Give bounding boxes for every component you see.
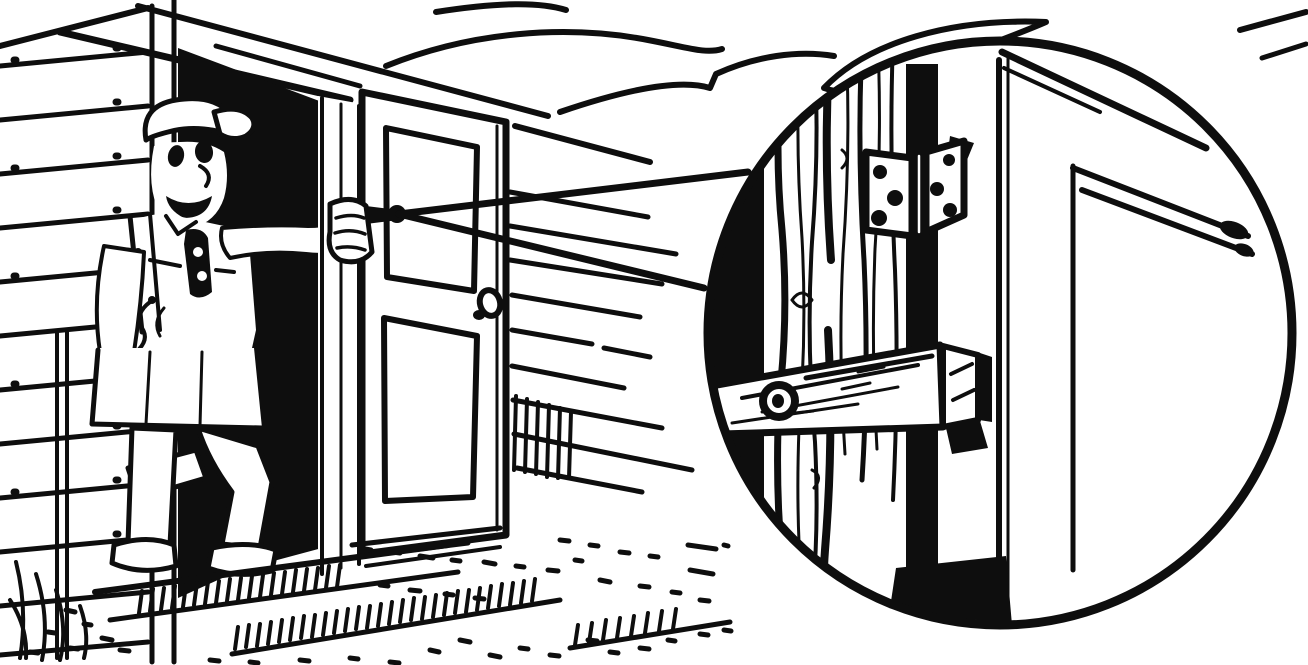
door-latch-illustration — [0, 0, 1308, 665]
knob-shadow — [473, 310, 485, 320]
door — [362, 92, 506, 566]
right-wall — [510, 192, 692, 492]
apron-skirt — [92, 348, 262, 428]
eaves-stroke — [1240, 12, 1306, 30]
screw-head — [943, 203, 957, 217]
left-leg — [128, 428, 176, 545]
cap-brim — [214, 109, 254, 138]
hanging-arm — [97, 246, 144, 352]
illustration-stage — [0, 0, 1308, 665]
door-frame — [318, 96, 362, 576]
eaves-stroke — [560, 54, 834, 112]
latch-tick — [795, 411, 813, 413]
screw-head — [943, 154, 955, 166]
pivot-screw-slot — [772, 394, 784, 408]
man-hand — [329, 199, 372, 261]
lower-panel — [384, 318, 477, 501]
wall-top-line — [0, 8, 148, 46]
kerchief-dot — [197, 271, 207, 281]
magnifier — [640, 36, 1292, 648]
shoe — [112, 540, 176, 571]
eaves-stroke — [436, 4, 566, 12]
grain-line — [824, 40, 831, 620]
kerchief-dot — [193, 247, 203, 257]
screw-head — [873, 165, 887, 179]
eaves-stroke — [1262, 44, 1306, 58]
header-line — [515, 126, 650, 162]
screw-head — [887, 190, 903, 206]
jamb — [764, 36, 906, 632]
grass-tufts — [688, 545, 728, 574]
screw-head — [871, 210, 887, 226]
bottom-shadow — [884, 556, 1014, 648]
latch-end-cap — [943, 346, 978, 427]
screw-head — [930, 182, 944, 196]
eaves-stroke — [386, 32, 722, 66]
